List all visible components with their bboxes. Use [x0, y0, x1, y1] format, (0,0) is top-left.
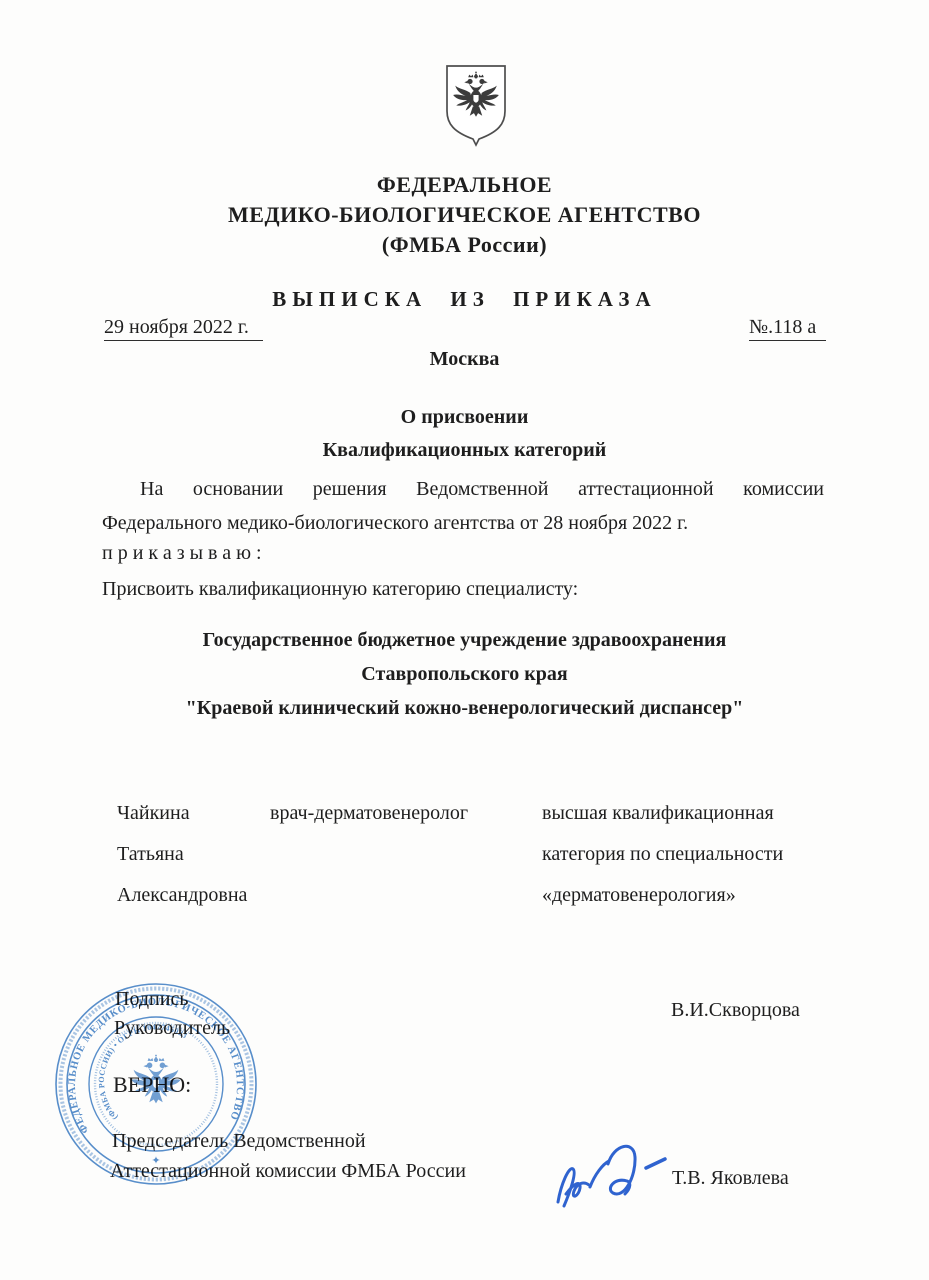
institution-block: Государственное бюджетное учреждение здр…: [0, 623, 929, 725]
stamp-star: ✦: [151, 1155, 160, 1167]
category-line3: «дерматовенерология»: [542, 875, 822, 916]
specialist-firstname: Татьяна: [117, 834, 267, 875]
chairman-name: Т.В. Яковлева: [672, 1167, 789, 1190]
category-line2: категория по специальности: [542, 834, 822, 875]
specialist-patronymic: Александровна: [117, 875, 267, 916]
specialist-surname: Чайкина: [117, 793, 267, 834]
subject-line1: О присвоении: [0, 401, 929, 434]
head-name: В.И.Скворцова: [671, 999, 800, 1022]
assign-line: Присвоить квалификационную категорию спе…: [102, 578, 578, 601]
handwritten-signature-icon: [548, 1136, 683, 1224]
document-page: ФЕДЕРАЛЬНОЕ МЕДИКО-БИОЛОГИЧЕСКОЕ АГЕНТСТ…: [0, 0, 929, 1280]
specialist-category: высшая квалификационная категория по спе…: [542, 793, 822, 916]
document-title: ВЫПИСКА ИЗ ПРИКАЗА: [0, 287, 929, 312]
institution-line1: Государственное бюджетное учреждение здр…: [0, 623, 929, 657]
coat-of-arms-icon: [441, 63, 511, 149]
specialist-position: врач-дерматовенеролог: [270, 793, 468, 834]
institution-line2: Ставропольского края: [0, 657, 929, 691]
official-stamp-icon: ФЕДЕРАЛЬНОЕ МЕДИКО-БИОЛОГИЧЕСКОЕ АГЕНТСТ…: [52, 980, 260, 1188]
order-number: №.118 а: [749, 316, 826, 341]
basis-paragraph: На основании решения Ведомственной аттес…: [102, 472, 824, 540]
category-line1: высшая квалификационная: [542, 793, 822, 834]
basis-line1: На основании решения Ведомственной аттес…: [102, 472, 824, 506]
agency-name-line1: ФЕДЕРАЛЬНОЕ: [0, 170, 929, 200]
order-date: 29 ноября 2022 г.: [104, 316, 263, 341]
city: Москва: [0, 348, 929, 371]
agency-name-line3: (ФМБА России): [0, 230, 929, 260]
agency-name-line2: МЕДИКО-БИОЛОГИЧЕСКОЕ АГЕНТСТВО: [0, 200, 929, 230]
subject-block: О присвоении Квалификационных категорий: [0, 401, 929, 467]
agency-header: ФЕДЕРАЛЬНОЕ МЕДИКО-БИОЛОГИЧЕСКОЕ АГЕНТСТ…: [0, 170, 929, 260]
institution-line3: "Краевой клинический кожно-венерологичес…: [0, 691, 929, 725]
decree-word: приказываю:: [102, 542, 267, 565]
specialist-name: Чайкина Татьяна Александровна: [117, 793, 267, 916]
subject-line2: Квалификационных категорий: [0, 434, 929, 467]
basis-line2: Федерального медико-биологического агент…: [102, 506, 824, 540]
